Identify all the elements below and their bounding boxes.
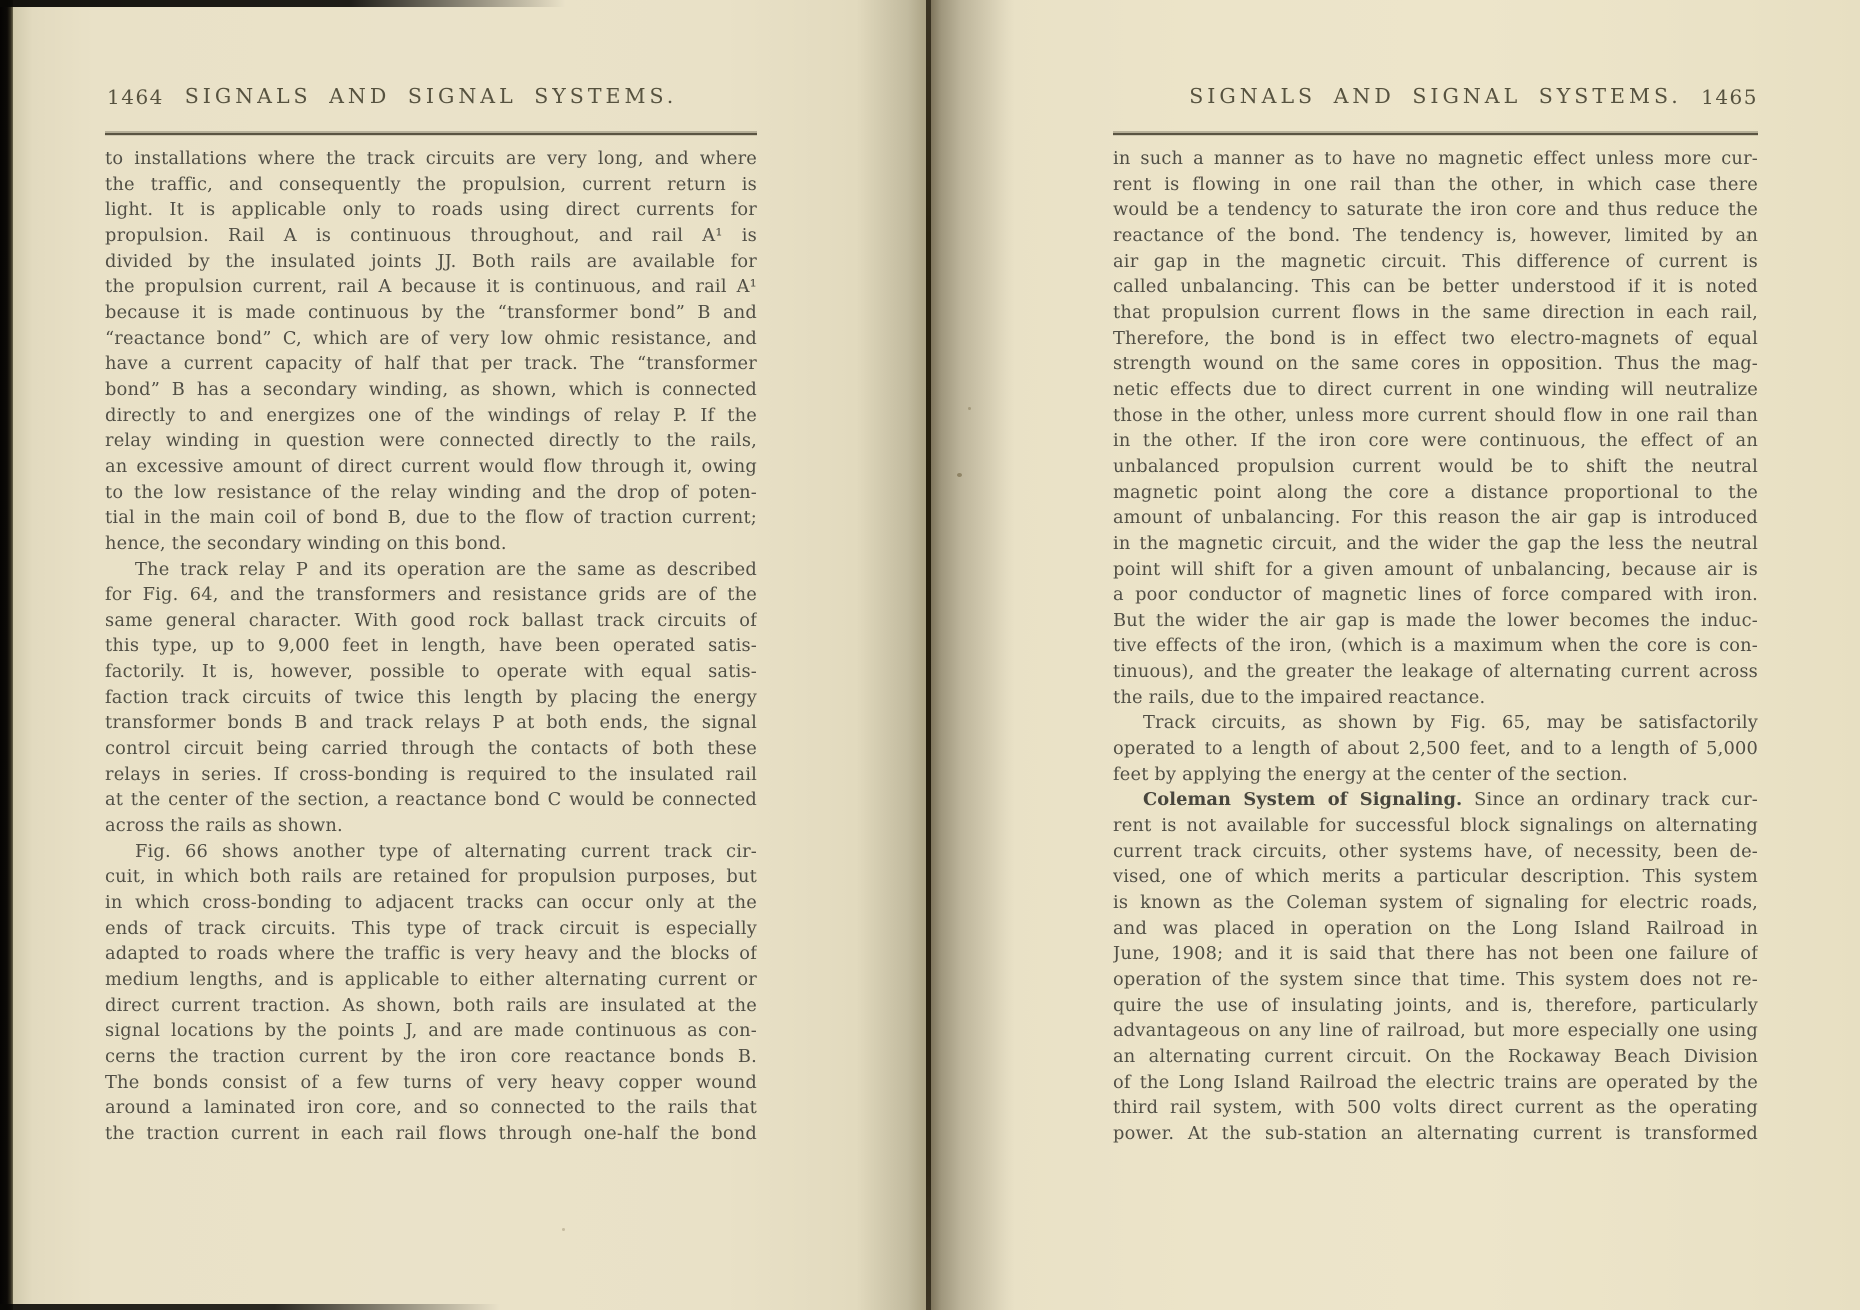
text-line: and was placed in operation on the Long … (1113, 916, 1758, 942)
text-line: would be a tendency to saturate the iron… (1113, 197, 1758, 223)
text-line: propulsion. Rail A is continuous through… (105, 223, 757, 249)
text-line: divided by the insulated joints JJ. Both… (105, 249, 757, 275)
text-line: the propulsion current, rail A because i… (105, 274, 757, 300)
right-page-lines: in such a manner as to have no magnetic … (1113, 146, 1758, 1147)
text-line: operation of the system since that time.… (1113, 967, 1758, 993)
right-running-title: SIGNALS AND SIGNAL SYSTEMS. (1113, 84, 1758, 108)
left-running-title: SIGNALS AND SIGNAL SYSTEMS. (105, 84, 757, 108)
paper-speck (968, 407, 971, 410)
text-line: is known as the Coleman system of signal… (1113, 890, 1758, 916)
text-line: The track relay P and its operation are … (105, 557, 757, 583)
text-line: medium lengths, and is applicable to eit… (105, 967, 757, 993)
book-gutter (926, 0, 931, 1310)
text-line: to installations where the track circuit… (105, 146, 757, 172)
text-line: that propulsion current flows in the sam… (1113, 300, 1758, 326)
text-line: to the low resistance of the relay windi… (105, 480, 757, 506)
text-line: third rail system, with 500 volts direct… (1113, 1095, 1758, 1121)
text-line: control circuit being carried through th… (105, 736, 757, 762)
text-line: a poor conductor of magnetic lines of fo… (1113, 582, 1758, 608)
right-header-rule (1113, 133, 1758, 135)
text-line: tive effects of the iron, (which is a ma… (1113, 633, 1758, 659)
text-line: relay winding in question were connected… (105, 428, 757, 454)
text-line: an excessive amount of direct current wo… (105, 454, 757, 480)
left-page-header: 1464 SIGNALS AND SIGNAL SYSTEMS. (105, 84, 757, 114)
text-line: hence, the secondary winding on this bon… (105, 531, 757, 557)
text-line: advantageous on any line of railroad, bu… (1113, 1018, 1758, 1044)
text-line: ends of track circuits. This type of tra… (105, 916, 757, 942)
text-line: June, 1908; and it is said that there ha… (1113, 941, 1758, 967)
text-line: tial in the main coil of bond B, due to … (105, 505, 757, 531)
text-line: the traffic, and consequently the propul… (105, 172, 757, 198)
text-line: adapted to roads where the traffic is ve… (105, 941, 757, 967)
text-line: point will shift for a given amount of u… (1113, 557, 1758, 583)
left-header-rule (105, 133, 757, 135)
text-line: because it is made continuous by the “tr… (105, 300, 757, 326)
text-line: transformer bonds B and track relays P a… (105, 710, 757, 736)
text-line: at the center of the section, a reactanc… (105, 787, 757, 813)
text-line: direct current traction. As shown, both … (105, 993, 757, 1019)
right-page-number: 1465 (1701, 85, 1758, 109)
text-line: tinuous), and the greater the leakage of… (1113, 659, 1758, 685)
text-line: But the wider the air gap is made the lo… (1113, 608, 1758, 634)
text-line: factorily. It is, however, possible to o… (105, 659, 757, 685)
text-line: for Fig. 64, and the transformers and re… (105, 582, 757, 608)
text-line: strength wound on the same cores in oppo… (1113, 351, 1758, 377)
text-line: same general character. With good rock b… (105, 608, 757, 634)
text-line: vised, one of which merits a particular … (1113, 864, 1758, 890)
text-line: bond” B has a secondary winding, as show… (105, 377, 757, 403)
text-line: reactance of the bond. The tendency is, … (1113, 223, 1758, 249)
text-line: magnetic point along the core a distance… (1113, 480, 1758, 506)
text-line: “reactance bond” C, which are of very lo… (105, 326, 757, 352)
paper-speck (562, 1228, 565, 1231)
text-line: Fig. 66 shows another type of alternatin… (105, 839, 757, 865)
text-line: the rails, due to the impaired reactance… (1113, 685, 1758, 711)
text-line: netic effects due to direct current in o… (1113, 377, 1758, 403)
text-line: operated to a length of about 2,500 feet… (1113, 736, 1758, 762)
text-line: of the Long Island Railroad the electric… (1113, 1070, 1758, 1096)
text-line: faction track circuits of twice this len… (105, 685, 757, 711)
paper-speck (1746, 235, 1750, 239)
book-edge-top (0, 0, 565, 7)
text-line: around a laminated iron core, and so con… (105, 1095, 757, 1121)
text-line: Therefore, the bond is in effect two ele… (1113, 326, 1758, 352)
text-line: those in the other, unless more current … (1113, 403, 1758, 429)
text-line: called unbalancing. This can be better u… (1113, 274, 1758, 300)
text-line: light. It is applicable only to roads us… (105, 197, 757, 223)
text-line: The bonds consist of a few turns of very… (105, 1070, 757, 1096)
page-right: SIGNALS AND SIGNAL SYSTEMS. 1465 in such… (931, 0, 1860, 1310)
text-line: rent is not available for successful blo… (1113, 813, 1758, 839)
text-line: power. At the sub-station an alternating… (1113, 1121, 1758, 1147)
text-line: unbalanced propulsion current would be t… (1113, 454, 1758, 480)
text-line: feet by applying the energy at the cente… (1113, 762, 1758, 788)
text-line: in such a manner as to have no magnetic … (1113, 146, 1758, 172)
text-line: Track circuits, as shown by Fig. 65, may… (1113, 710, 1758, 736)
page-left: 1464 SIGNALS AND SIGNAL SYSTEMS. to inst… (0, 0, 931, 1310)
gutter-shadow-left (856, 0, 926, 1310)
text-line: current track circuits, other systems ha… (1113, 839, 1758, 865)
text-line: in the magnetic circuit, and the wider t… (1113, 531, 1758, 557)
text-line: cuit, in which both rails are retained f… (105, 864, 757, 890)
text-line: the traction current in each rail flows … (105, 1121, 757, 1147)
text-line: this type, up to 9,000 feet in length, h… (105, 633, 757, 659)
text-line: directly to and energizes one of the win… (105, 403, 757, 429)
text-line: across the rails as shown. (105, 813, 757, 839)
book-edge-left (0, 0, 13, 1310)
left-page-lines: to installations where the track circuit… (105, 146, 757, 1147)
text-line: in the other. If the iron core were cont… (1113, 428, 1758, 454)
text-line: signal locations by the points J, and ar… (105, 1018, 757, 1044)
text-line: relays in series. If cross-bonding is re… (105, 762, 757, 788)
text-line: in which cross-bonding to adjacent track… (105, 890, 757, 916)
text-line: quire the use of insulating joints, and … (1113, 993, 1758, 1019)
left-page-number: 1464 (107, 85, 164, 109)
book-edge-bottom (0, 1304, 500, 1310)
text-line: air gap in the magnetic circuit. This di… (1113, 249, 1758, 275)
text-line: cerns the traction current by the iron c… (105, 1044, 757, 1070)
text-line: amount of unbalancing. For this reason t… (1113, 505, 1758, 531)
text-line: rent is flowing in one rail than the oth… (1113, 172, 1758, 198)
text-line: Coleman System of Signaling. Since an or… (1113, 787, 1758, 813)
right-page-header: SIGNALS AND SIGNAL SYSTEMS. 1465 (1113, 84, 1758, 114)
paper-speck (957, 473, 962, 477)
text-line: have a current capacity of half that per… (105, 351, 757, 377)
gutter-shadow-right (931, 0, 1015, 1310)
text-line: an alternating current circuit. On the R… (1113, 1044, 1758, 1070)
